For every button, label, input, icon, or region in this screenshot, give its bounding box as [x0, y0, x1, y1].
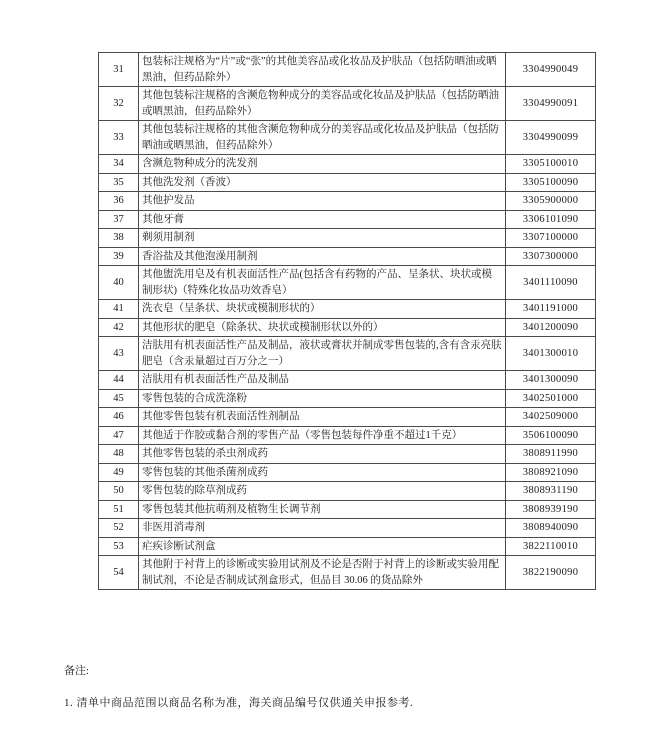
row-number: 48 [99, 445, 139, 464]
row-description: 非医用消毒剂 [139, 519, 506, 538]
row-description: 零售包装的除草剂成药 [139, 482, 506, 501]
row-hs-code: 3808931190 [506, 482, 596, 501]
table-row: 32其他包装标注规格的含濒危物种成分的美容品或化妆品及护肤品（包括防晒油或晒黑油… [99, 87, 596, 121]
row-hs-code: 3808911990 [506, 445, 596, 464]
row-number: 37 [99, 210, 139, 229]
document-page: 31包装标注规格为“片”或“张”的其他美容品或化妆品及护肤品（包括防晒油或晒黑油… [0, 0, 668, 738]
table-row: 47其他适于作胶或黏合剂的零售产品（零售包装每件净重不超过1千克）3506100… [99, 426, 596, 445]
row-description: 含濒危物种成分的洗发剂 [139, 155, 506, 174]
row-number: 38 [99, 229, 139, 248]
row-number: 45 [99, 389, 139, 408]
row-hs-code: 3401300010 [506, 337, 596, 371]
row-description: 零售包装其他抗萌剂及植物生长调节剂 [139, 500, 506, 519]
row-number: 46 [99, 408, 139, 427]
row-hs-code: 3808939190 [506, 500, 596, 519]
row-hs-code: 3402501000 [506, 389, 596, 408]
row-number: 31 [99, 53, 139, 87]
row-description: 香浴盐及其他泡澡用制剂 [139, 247, 506, 266]
row-hs-code: 3401300090 [506, 371, 596, 390]
row-hs-code: 3401191000 [506, 300, 596, 319]
row-description: 其他适于作胶或黏合剂的零售产品（零售包装每件净重不超过1千克） [139, 426, 506, 445]
table-row: 39香浴盐及其他泡澡用制剂3307300000 [99, 247, 596, 266]
row-number: 50 [99, 482, 139, 501]
table-row: 37其他牙膏3306101090 [99, 210, 596, 229]
table-row: 36其他护发品3305900000 [99, 192, 596, 211]
row-hs-code: 3401200090 [506, 318, 596, 337]
row-description: 其他附于衬背上的诊断或实验用试剂及不论是否附于衬背上的诊断或实验用配制试剂，不论… [139, 556, 506, 590]
row-hs-code: 3305100010 [506, 155, 596, 174]
table-row: 34含濒危物种成分的洗发剂3305100010 [99, 155, 596, 174]
row-number: 54 [99, 556, 139, 590]
table-row: 44洁肤用有机表面活性产品及制品3401300090 [99, 371, 596, 390]
row-number: 47 [99, 426, 139, 445]
row-hs-code: 3304990099 [506, 121, 596, 155]
row-number: 52 [99, 519, 139, 538]
row-hs-code: 3402509000 [506, 408, 596, 427]
table-row: 49零售包装的其他杀菌剂成药3808921090 [99, 463, 596, 482]
row-description: 洁肤用有机表面活性产品及制品 [139, 371, 506, 390]
row-hs-code: 3305900000 [506, 192, 596, 211]
commodity-code-table: 31包装标注规格为“片”或“张”的其他美容品或化妆品及护肤品（包括防晒油或晒黑油… [98, 52, 596, 590]
row-number: 43 [99, 337, 139, 371]
table-row: 52非医用消毒剂3808940090 [99, 519, 596, 538]
table-row: 46其他零售包装有机表面活性剂制品3402509000 [99, 408, 596, 427]
row-description: 剃须用制剂 [139, 229, 506, 248]
row-number: 34 [99, 155, 139, 174]
row-hs-code: 3808940090 [506, 519, 596, 538]
row-description: 洁肤用有机表面活性产品及制品，液状或膏状并制成零售包装的,含有含汞亮肤肥皂（含汞… [139, 337, 506, 371]
row-hs-code: 3822110010 [506, 537, 596, 556]
row-description: 疟疾诊断试剂盒 [139, 537, 506, 556]
row-hs-code: 3306101090 [506, 210, 596, 229]
table-row: 50零售包装的除草剂成药3808931190 [99, 482, 596, 501]
table-row: 38剃须用制剂3307100000 [99, 229, 596, 248]
row-description: 其他牙膏 [139, 210, 506, 229]
row-description: 其他盥洗用皂及有机表面活性产品(包括含有药物的产品、呈条状、块状或模制形状)（特… [139, 266, 506, 300]
row-description: 零售包装的其他杀菌剂成药 [139, 463, 506, 482]
table-row: 51零售包装其他抗萌剂及植物生长调节剂3808939190 [99, 500, 596, 519]
row-hs-code: 3822190090 [506, 556, 596, 590]
row-number: 44 [99, 371, 139, 390]
table-row: 31包装标注规格为“片”或“张”的其他美容品或化妆品及护肤品（包括防晒油或晒黑油… [99, 53, 596, 87]
table-row: 40其他盥洗用皂及有机表面活性产品(包括含有药物的产品、呈条状、块状或模制形状)… [99, 266, 596, 300]
row-description: 其他包装标注规格的其他含濒危物种成分的美容品或化妆品及护肤品（包括防晒油或晒黑油… [139, 121, 506, 155]
row-number: 42 [99, 318, 139, 337]
row-number: 36 [99, 192, 139, 211]
row-hs-code: 3506100090 [506, 426, 596, 445]
row-number: 49 [99, 463, 139, 482]
row-hs-code: 3305100090 [506, 173, 596, 192]
row-description: 其他零售包装有机表面活性剂制品 [139, 408, 506, 427]
row-hs-code: 3808921090 [506, 463, 596, 482]
row-number: 41 [99, 300, 139, 319]
row-hs-code: 3307100000 [506, 229, 596, 248]
row-description: 零售包装的合成洗涤粉 [139, 389, 506, 408]
row-description: 其他包装标注规格的含濒危物种成分的美容品或化妆品及护肤品（包括防晒油或晒黑油，但… [139, 87, 506, 121]
table-row: 43洁肤用有机表面活性产品及制品，液状或膏状并制成零售包装的,含有含汞亮肤肥皂（… [99, 337, 596, 371]
row-hs-code: 3304990091 [506, 87, 596, 121]
table-row: 48其他零售包装的杀虫剂成药3808911990 [99, 445, 596, 464]
table-row: 33其他包装标注规格的其他含濒危物种成分的美容品或化妆品及护肤品（包括防晒油或晒… [99, 121, 596, 155]
table-row: 54其他附于衬背上的诊断或实验用试剂及不论是否附于衬背上的诊断或实验用配制试剂，… [99, 556, 596, 590]
row-number: 39 [99, 247, 139, 266]
table-row: 41洗衣皂（呈条状、块状或模制形状的）3401191000 [99, 300, 596, 319]
table-row: 53疟疾诊断试剂盒3822110010 [99, 537, 596, 556]
table-row: 42其他形状的肥皂（除条状、块状或模制形状以外的）3401200090 [99, 318, 596, 337]
table-row: 35其他洗发剂（香波）3305100090 [99, 173, 596, 192]
row-number: 53 [99, 537, 139, 556]
row-number: 33 [99, 121, 139, 155]
row-number: 40 [99, 266, 139, 300]
table-row: 45零售包装的合成洗涤粉3402501000 [99, 389, 596, 408]
commodity-code-table-body: 31包装标注规格为“片”或“张”的其他美容品或化妆品及护肤品（包括防晒油或晒黑油… [99, 53, 596, 590]
row-hs-code: 3401110090 [506, 266, 596, 300]
row-description: 其他护发品 [139, 192, 506, 211]
row-description: 其他洗发剂（香波） [139, 173, 506, 192]
row-number: 32 [99, 87, 139, 121]
notes-heading: 备注: [64, 664, 624, 679]
notes-section: 备注: 1. 清单中商品范围以商品名称为准，海关商品编号仅供通关申报参考. [64, 664, 624, 711]
row-description: 包装标注规格为“片”或“张”的其他美容品或化妆品及护肤品（包括防晒油或晒黑油，但… [139, 53, 506, 87]
row-description: 其他形状的肥皂（除条状、块状或模制形状以外的） [139, 318, 506, 337]
note-item-1: 1. 清单中商品范围以商品名称为准，海关商品编号仅供通关申报参考. [64, 696, 624, 711]
row-description: 其他零售包装的杀虫剂成药 [139, 445, 506, 464]
row-description: 洗衣皂（呈条状、块状或模制形状的） [139, 300, 506, 319]
row-number: 51 [99, 500, 139, 519]
row-hs-code: 3304990049 [506, 53, 596, 87]
row-number: 35 [99, 173, 139, 192]
row-hs-code: 3307300000 [506, 247, 596, 266]
